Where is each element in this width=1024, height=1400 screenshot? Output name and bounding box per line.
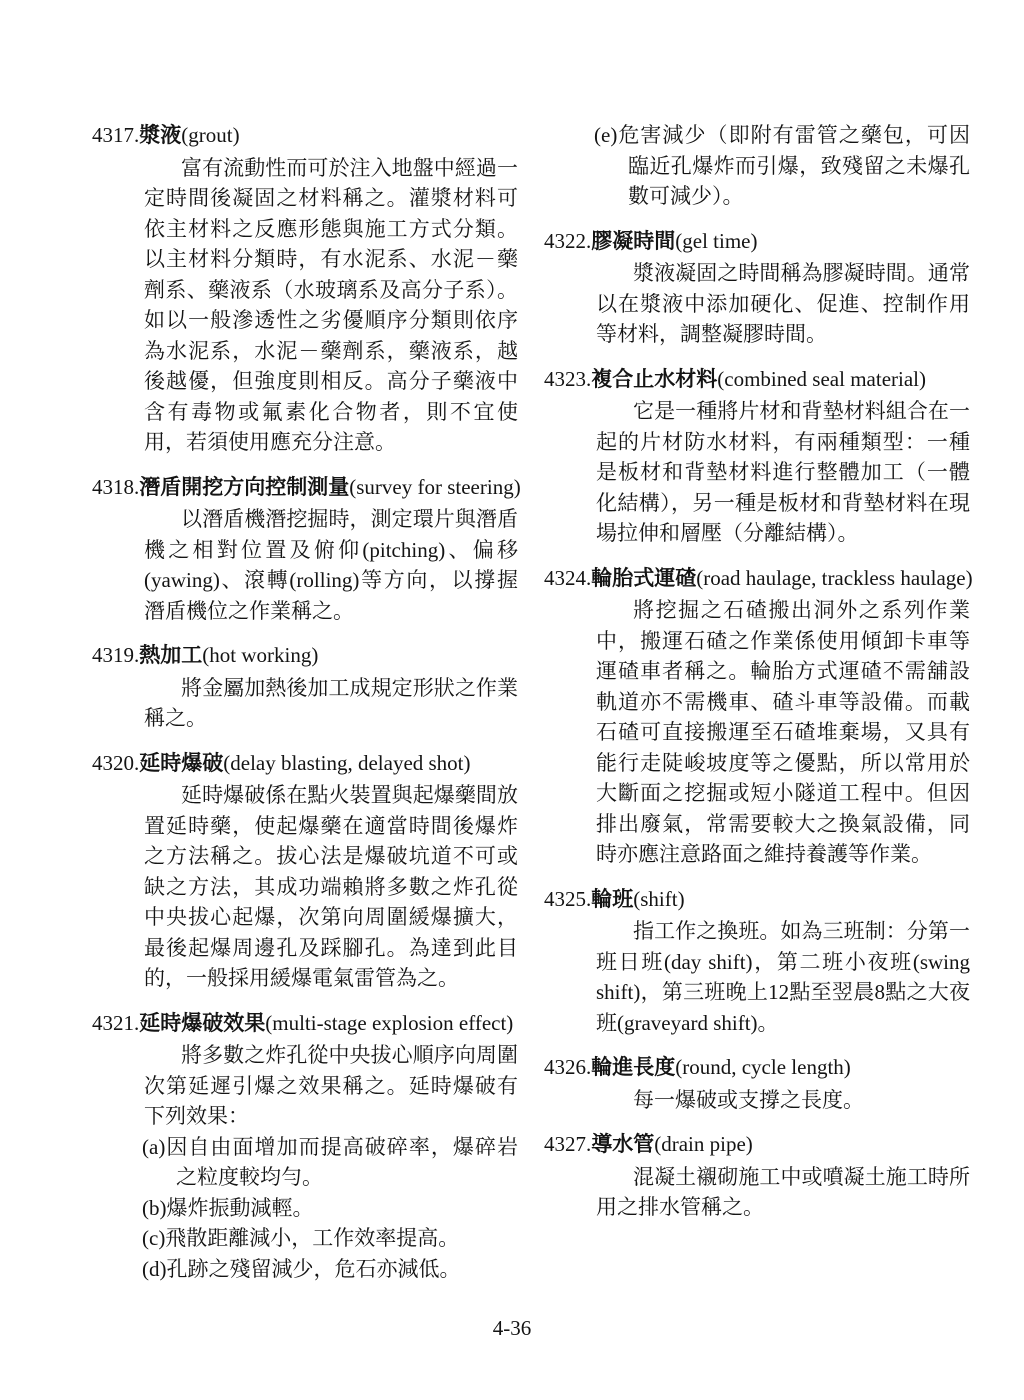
entry-term-english: (road haulage, trackless haulage) bbox=[696, 566, 972, 590]
effect-list-item-c: (c)飛散距離減小，工作效率提高。 bbox=[142, 1223, 518, 1254]
glossary-entry-4318: 4318.潛盾開挖方向控制測量(survey for steering) 以潛盾… bbox=[92, 472, 518, 627]
entry-number: 4326. bbox=[544, 1055, 591, 1079]
glossary-entry-4321: 4321.延時爆破效果(multi-stage explosion effect… bbox=[92, 1008, 518, 1285]
entry-term-english: (survey for steering) bbox=[349, 475, 520, 499]
entry-term-english: (shift) bbox=[633, 887, 684, 911]
entry-definition: 漿液凝固之時間稱為膠凝時間。通常以在漿液中添加硬化、促進、控制作用等材料，調整凝… bbox=[596, 258, 970, 350]
entry-heading: 4318.潛盾開挖方向控制測量(survey for steering) bbox=[92, 472, 518, 503]
glossary-entry-4324: 4324.輪胎式運碴(road haulage, trackless haula… bbox=[544, 563, 970, 870]
glossary-entry-4317: 4317.漿液(grout) 富有流動性而可於注入地盤中經過一定時間後凝固之材料… bbox=[92, 120, 518, 458]
entry-term-english: (combined seal material) bbox=[717, 367, 926, 391]
entry-definition: 以潛盾機潛挖掘時，測定環片與潛盾機之相對位置及俯仰(pitching)、偏移(y… bbox=[144, 504, 518, 626]
entry-number: 4318. bbox=[92, 475, 139, 499]
entry-term-english: (multi-stage explosion effect) bbox=[265, 1011, 513, 1035]
entry-definition: 它是一種將片材和背墊材料組合在一起的片材防水材料，有兩種類型：一種是板材和背墊材… bbox=[596, 396, 970, 549]
entry-number: 4320. bbox=[92, 751, 139, 775]
entry-term: 潛盾開挖方向控制測量 bbox=[139, 475, 349, 499]
glossary-entry-4321-continuation: (e)危害減少（即附有雷管之藥包，可因臨近孔爆炸而引爆，致殘留之未爆孔數可減少）… bbox=[544, 120, 970, 212]
entry-heading: 4325.輪班(shift) bbox=[544, 884, 970, 915]
entry-heading: 4320.延時爆破(delay blasting, delayed shot) bbox=[92, 748, 518, 779]
entry-definition: 混凝土襯砌施工中或噴凝土施工時所用之排水管稱之。 bbox=[596, 1162, 970, 1223]
entry-term: 漿液 bbox=[139, 123, 181, 147]
entry-term-english: (drain pipe) bbox=[654, 1132, 753, 1156]
entry-number: 4317. bbox=[92, 123, 139, 147]
entry-heading: 4322.膠凝時間(gel time) bbox=[544, 226, 970, 257]
entry-number: 4324. bbox=[544, 566, 591, 590]
entry-number: 4327. bbox=[544, 1132, 591, 1156]
entry-term: 導水管 bbox=[591, 1132, 654, 1156]
entry-definition: 將金屬加熱後加工成規定形狀之作業稱之。 bbox=[144, 673, 518, 734]
entry-definition: 每一爆破或支撐之長度。 bbox=[596, 1085, 970, 1116]
entry-term: 延時爆破效果 bbox=[139, 1011, 265, 1035]
entry-term: 膠凝時間 bbox=[591, 229, 675, 253]
entry-term-english: (round, cycle length) bbox=[675, 1055, 851, 1079]
effect-list-item-a: (a)因自由面增加而提高破碎率，爆碎岩之粒度較均勻。 bbox=[142, 1132, 518, 1193]
entry-definition: 延時爆破係在點火裝置與起爆藥間放置延時藥，使起爆藥在適當時間後爆炸之方法稱之。拔… bbox=[144, 780, 518, 994]
entry-term-english: (grout) bbox=[181, 123, 239, 147]
entry-heading: 4326.輪進長度(round, cycle length) bbox=[544, 1052, 970, 1083]
glossary-entry-4326: 4326.輪進長度(round, cycle length) 每一爆破或支撐之長… bbox=[544, 1052, 970, 1115]
effect-list-item-e: (e)危害減少（即附有雷管之藥包，可因臨近孔爆炸而引爆，致殘留之未爆孔數可減少）… bbox=[594, 120, 970, 212]
glossary-entry-4327: 4327.導水管(drain pipe) 混凝土襯砌施工中或噴凝土施工時所用之排… bbox=[544, 1129, 970, 1223]
entry-term: 複合止水材料 bbox=[591, 367, 717, 391]
glossary-entry-4319: 4319.熱加工(hot working) 將金屬加熱後加工成規定形狀之作業稱之… bbox=[92, 640, 518, 734]
entry-heading: 4317.漿液(grout) bbox=[92, 120, 518, 151]
entry-term-english: (delay blasting, delayed shot) bbox=[223, 751, 470, 775]
entry-number: 4321. bbox=[92, 1011, 139, 1035]
glossary-entry-4323: 4323.複合止水材料(combined seal material) 它是一種… bbox=[544, 364, 970, 549]
entry-heading: 4319.熱加工(hot working) bbox=[92, 640, 518, 671]
effect-list-item-d: (d)孔跡之殘留減少，危石亦減低。 bbox=[142, 1254, 518, 1285]
entry-number: 4325. bbox=[544, 887, 591, 911]
entry-definition: 富有流動性而可於注入地盤中經過一定時間後凝固之材料稱之。灌漿材料可依主材料之反應… bbox=[144, 153, 518, 458]
entry-term-english: (gel time) bbox=[675, 229, 757, 253]
entry-term: 輪進長度 bbox=[591, 1055, 675, 1079]
entry-number: 4323. bbox=[544, 367, 591, 391]
glossary-entry-4325: 4325.輪班(shift) 指工作之換班。如為三班制：分第一班日班(day s… bbox=[544, 884, 970, 1039]
left-column: 4317.漿液(grout) 富有流動性而可於注入地盤中經過一定時間後凝固之材料… bbox=[92, 120, 518, 1298]
entry-number: 4319. bbox=[92, 643, 139, 667]
glossary-entry-4320: 4320.延時爆破(delay blasting, delayed shot) … bbox=[92, 748, 518, 994]
glossary-document-page: 4317.漿液(grout) 富有流動性而可於注入地盤中經過一定時間後凝固之材料… bbox=[0, 0, 1024, 1400]
effect-list-item-b: (b)爆炸振動減輕。 bbox=[142, 1193, 518, 1224]
entry-heading: 4323.複合止水材料(combined seal material) bbox=[544, 364, 970, 395]
entry-definition: 指工作之換班。如為三班制：分第一班日班(day shift)，第二班小夜班(sw… bbox=[596, 916, 970, 1038]
entry-heading: 4324.輪胎式運碴(road haulage, trackless haula… bbox=[544, 563, 970, 594]
right-column: (e)危害減少（即附有雷管之藥包，可因臨近孔爆炸而引爆，致殘留之未爆孔數可減少）… bbox=[544, 120, 970, 1298]
entry-definition: 將多數之炸孔從中央拔心順序向周圍次第延遲引爆之效果稱之。延時爆破有下列效果： bbox=[144, 1040, 518, 1132]
two-column-layout: 4317.漿液(grout) 富有流動性而可於注入地盤中經過一定時間後凝固之材料… bbox=[92, 120, 970, 1298]
entry-number: 4322. bbox=[544, 229, 591, 253]
entry-heading: 4327.導水管(drain pipe) bbox=[544, 1129, 970, 1160]
entry-term-english: (hot working) bbox=[202, 643, 318, 667]
glossary-entry-4322: 4322.膠凝時間(gel time) 漿液凝固之時間稱為膠凝時間。通常以在漿液… bbox=[544, 226, 970, 350]
page-number: 4-36 bbox=[0, 1316, 1024, 1341]
entry-definition: 將挖掘之石碴搬出洞外之系列作業中，搬運石碴之作業係使用傾卸卡車等運碴車者稱之。輪… bbox=[596, 595, 970, 870]
entry-term: 熱加工 bbox=[139, 643, 202, 667]
entry-term: 輪胎式運碴 bbox=[591, 566, 696, 590]
entry-heading: 4321.延時爆破效果(multi-stage explosion effect… bbox=[92, 1008, 518, 1039]
entry-term: 延時爆破 bbox=[139, 751, 223, 775]
entry-term: 輪班 bbox=[591, 887, 633, 911]
